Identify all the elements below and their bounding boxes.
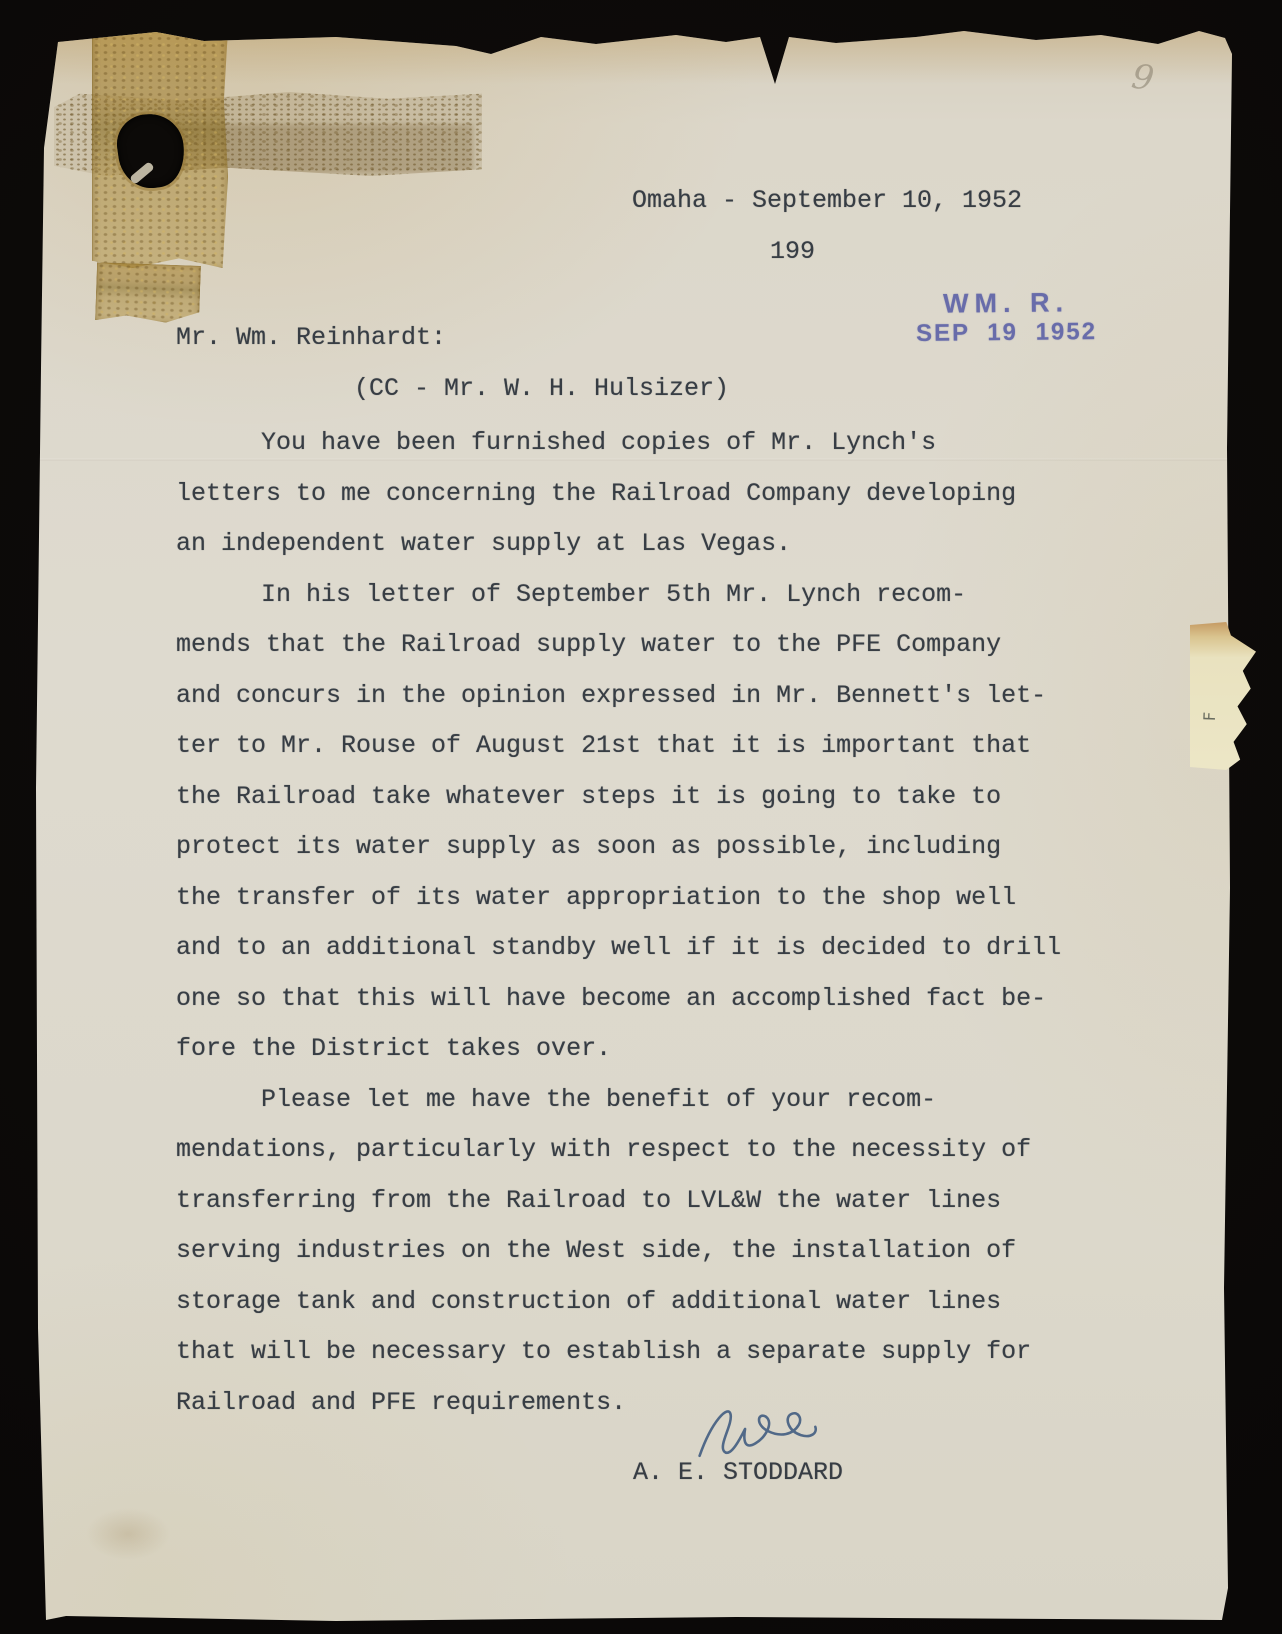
tape-strip-lower xyxy=(95,262,201,324)
body-line: the Railroad take whatever steps it is g… xyxy=(176,772,1061,823)
page-number: 199 xyxy=(770,237,815,267)
letter-page: 9 Omaha - September 10, 1952 199 WM. R. … xyxy=(36,28,1232,1622)
body-line: Railroad and PFE requirements. xyxy=(176,1378,1061,1429)
body-line: ter to Mr. Rouse of August 21st that it … xyxy=(176,721,1061,772)
cc-line: (CC - Mr. W. H. Hulsizer) xyxy=(354,374,729,404)
body-line: You have been furnished copies of Mr. Ly… xyxy=(176,418,1061,469)
pencil-note: 9 xyxy=(1129,57,1157,100)
letter-body: You have been furnished copies of Mr. Ly… xyxy=(176,418,1061,1428)
body-line: that will be necessary to establish a se… xyxy=(176,1327,1061,1378)
body-line: Please let me have the benefit of your r… xyxy=(176,1075,1061,1126)
body-line: serving industries on the West side, the… xyxy=(176,1226,1061,1277)
body-line: and concurs in the opinion expressed in … xyxy=(176,671,1061,722)
photo-background: 9 Omaha - September 10, 1952 199 WM. R. … xyxy=(0,0,1282,1634)
body-line: the transfer of its water appropriation … xyxy=(176,873,1061,924)
received-stamp-name: WM. R. xyxy=(943,287,1069,319)
signature-name: A. E. STODDARD xyxy=(633,1458,843,1488)
body-line: mendations, particularly with respect to… xyxy=(176,1125,1061,1176)
body-line: one so that this will have become an acc… xyxy=(176,974,1061,1025)
received-stamp-date: SEP 19 1952 xyxy=(916,318,1097,348)
signature-ink xyxy=(691,1400,826,1462)
body-line: mends that the Railroad supply water to … xyxy=(176,620,1061,671)
body-line: and to an additional standby well if it … xyxy=(176,923,1061,974)
recipient-line: Mr. Wm. Reinhardt: xyxy=(176,323,446,353)
tab-mark: F xyxy=(1200,710,1219,722)
body-line: an independent water supply at Las Vegas… xyxy=(176,519,1061,570)
date-line: Omaha - September 10, 1952 xyxy=(632,186,1022,216)
torn-side-tab: F xyxy=(1190,622,1256,770)
body-line: letters to me concerning the Railroad Co… xyxy=(176,469,1061,520)
body-line: transferring from the Railroad to LVL&W … xyxy=(176,1176,1061,1227)
body-line: storage tank and construction of additio… xyxy=(176,1277,1061,1328)
body-line: In his letter of September 5th Mr. Lynch… xyxy=(176,570,1061,621)
body-line: fore the District takes over. xyxy=(176,1024,1061,1075)
bottom-smudge xyxy=(86,1508,170,1560)
body-line: protect its water supply as soon as poss… xyxy=(176,822,1061,873)
